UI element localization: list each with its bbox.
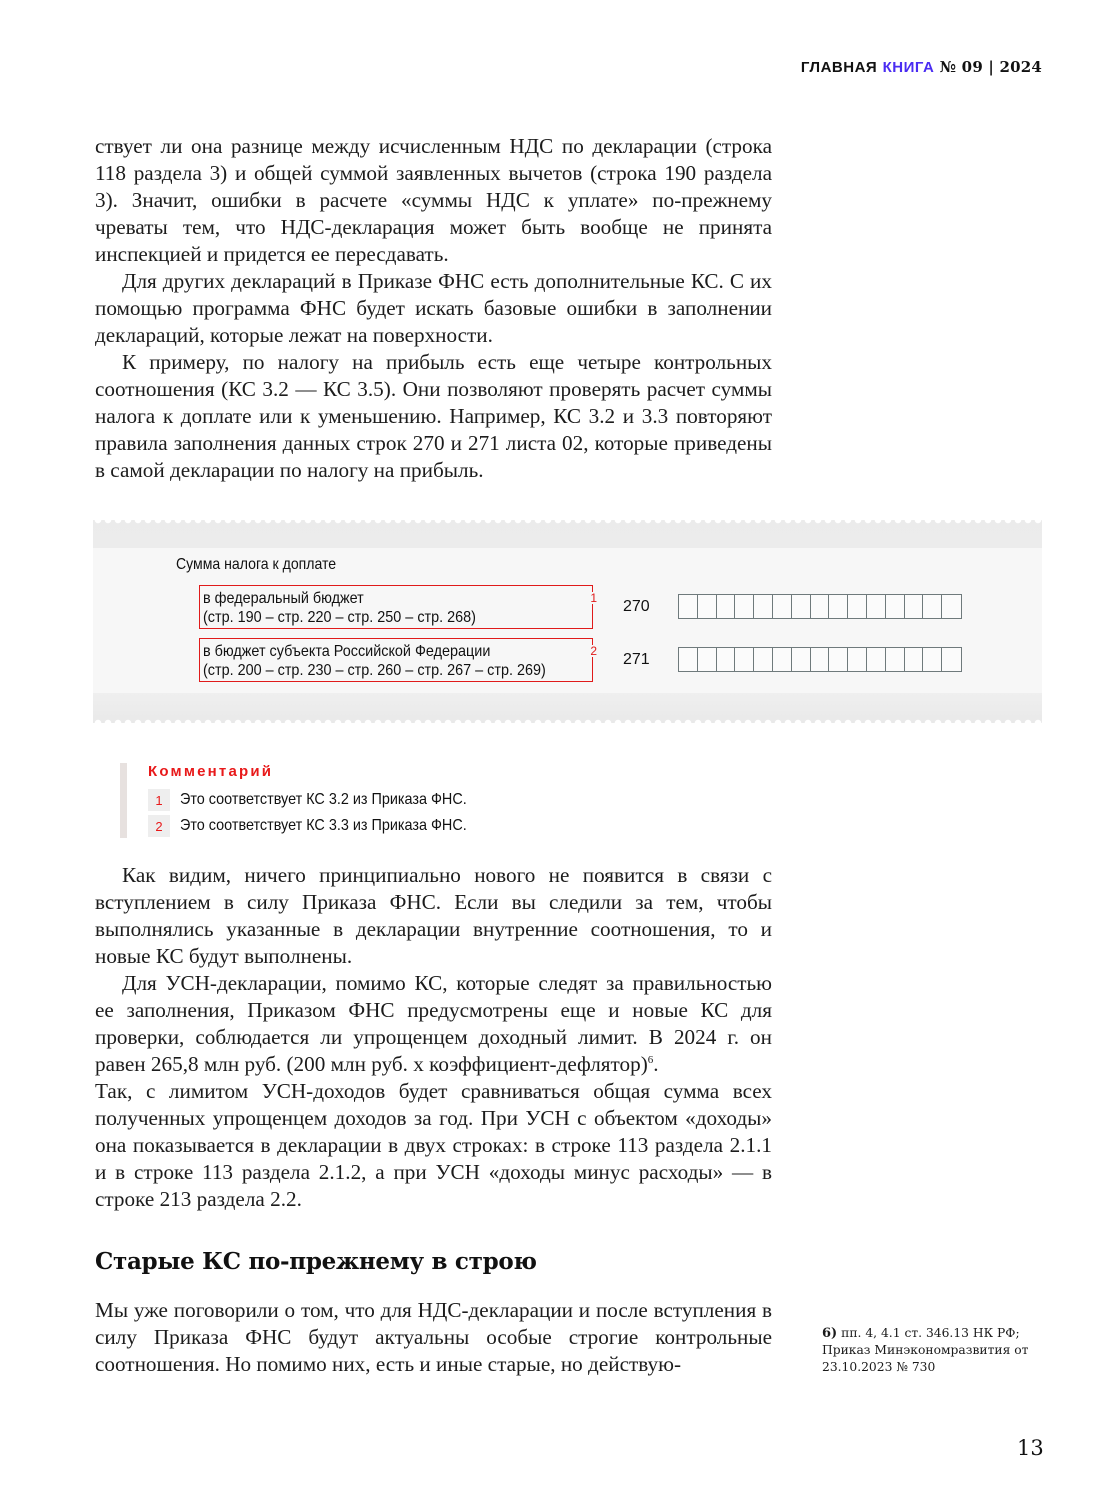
paragraph: Для других деклараций в Приказе ФНС есть… xyxy=(95,268,772,349)
torn-edge-top xyxy=(93,520,1042,525)
paragraph: Для УСН-декларации, помимо КС, которые с… xyxy=(95,970,772,1078)
digit-cell xyxy=(848,595,867,618)
declaration-form-excerpt: Сумма налога к доплате в федеральный бюд… xyxy=(93,520,1042,723)
digit-cell xyxy=(679,648,698,671)
digit-cell xyxy=(886,648,905,671)
comment-item: 1 Это соответствует КС 3.2 из Приказа ФН… xyxy=(148,789,499,811)
digit-cells-270 xyxy=(678,594,962,619)
running-header: ГЛАВНАЯ КНИГА № 09 | 2024 xyxy=(801,58,1042,76)
digit-cell xyxy=(717,595,736,618)
article-text-block-3: Мы уже поговорили о том, что для НДС-дек… xyxy=(95,1297,772,1378)
digit-cell xyxy=(905,595,924,618)
digit-cell xyxy=(811,648,830,671)
torn-edge-bottom xyxy=(93,718,1042,723)
digit-cell xyxy=(923,648,942,671)
digit-cells-271 xyxy=(678,647,962,672)
row-marker: 2 xyxy=(590,645,597,657)
digit-cell xyxy=(942,595,961,618)
brand-name-part1: ГЛАВНАЯ xyxy=(801,59,877,76)
form-row-label: в федеральный бюджет (стр. 190 – стр. 22… xyxy=(203,589,476,627)
issue-number: № 09 | 2024 xyxy=(940,58,1042,76)
digit-cell xyxy=(698,595,717,618)
digit-cell xyxy=(792,595,811,618)
paragraph: ствует ли она разнице между исчисленным … xyxy=(95,133,772,268)
paragraph-text: Для УСН-декларации, помимо КС, которые с… xyxy=(95,971,772,1076)
digit-cell xyxy=(867,648,886,671)
digit-cell xyxy=(754,648,773,671)
form-row-label: в бюджет субъекта Российской Федерации (… xyxy=(203,642,546,680)
line-code: 270 xyxy=(623,598,650,616)
digit-cell xyxy=(735,595,754,618)
footnote-reference[interactable]: 6 xyxy=(648,1054,654,1066)
comment-side-bar xyxy=(120,763,127,838)
digit-cell xyxy=(792,648,811,671)
row-label-line1: в бюджет субъекта Российской Федерации xyxy=(203,642,546,661)
digit-cell xyxy=(717,648,736,671)
digit-cell xyxy=(679,595,698,618)
form-row-regional-budget: в бюджет субъекта Российской Федерации (… xyxy=(199,638,593,682)
comment-item-number: 1 xyxy=(148,789,170,811)
comment-item-number: 2 xyxy=(148,815,170,837)
row-marker: 1 xyxy=(590,592,597,604)
row-label-line1: в федеральный бюджет xyxy=(203,589,476,608)
digit-cell xyxy=(735,648,754,671)
form-section-title: Сумма налога к доплате xyxy=(176,556,336,574)
digit-cell xyxy=(829,595,848,618)
footnote-text: пп. 4, 4.1 ст. 346.13 НК РФ; Приказ Минэ… xyxy=(822,1326,1028,1374)
paragraph: Как видим, ничего принципиально нового н… xyxy=(95,862,772,970)
digit-cell xyxy=(773,648,792,671)
page-number: 13 xyxy=(1017,1436,1044,1460)
footnote-label: 6) xyxy=(822,1326,837,1341)
paragraph: К примеру, по налогу на прибыль есть еще… xyxy=(95,349,772,484)
form-row-federal-budget: в федеральный бюджет (стр. 190 – стр. 22… xyxy=(199,585,593,629)
digit-cell xyxy=(923,595,942,618)
row-label-line2: (стр. 200 – стр. 230 – стр. 260 – стр. 2… xyxy=(203,661,546,680)
digit-cell xyxy=(811,595,830,618)
comment-item: 2 Это соответствует КС 3.3 из Приказа ФН… xyxy=(148,815,499,837)
digit-cell xyxy=(848,648,867,671)
digit-cell xyxy=(754,595,773,618)
digit-cell xyxy=(942,648,961,671)
paragraph: Так, с лимитом УСН-доходов будет сравнив… xyxy=(95,1078,772,1213)
brand-name-part2: КНИГА xyxy=(883,59,935,76)
comment-item-text: Это соответствует КС 3.2 из Приказа ФНС. xyxy=(180,791,467,809)
digit-cell xyxy=(905,648,924,671)
section-heading: Старые КС по-прежнему в строю xyxy=(95,1248,537,1275)
digit-cell xyxy=(698,648,717,671)
digit-cell xyxy=(829,648,848,671)
article-text-block-1: ствует ли она разнице между исчисленным … xyxy=(95,133,772,484)
article-text-block-2: Как видим, ничего принципиально нового н… xyxy=(95,862,772,1213)
comment-title: Комментарий xyxy=(148,763,273,780)
digit-cell xyxy=(867,595,886,618)
digit-cell xyxy=(773,595,792,618)
footnote: 6) пп. 4, 4.1 ст. 346.13 НК РФ; Приказ М… xyxy=(822,1325,1062,1376)
digit-cell xyxy=(886,595,905,618)
line-code: 271 xyxy=(623,651,650,669)
paragraph: Мы уже поговорили о том, что для НДС-дек… xyxy=(95,1297,772,1378)
comment-item-text: Это соответствует КС 3.3 из Приказа ФНС. xyxy=(180,817,467,835)
row-label-line2: (стр. 190 – стр. 220 – стр. 250 – стр. 2… xyxy=(203,608,476,627)
